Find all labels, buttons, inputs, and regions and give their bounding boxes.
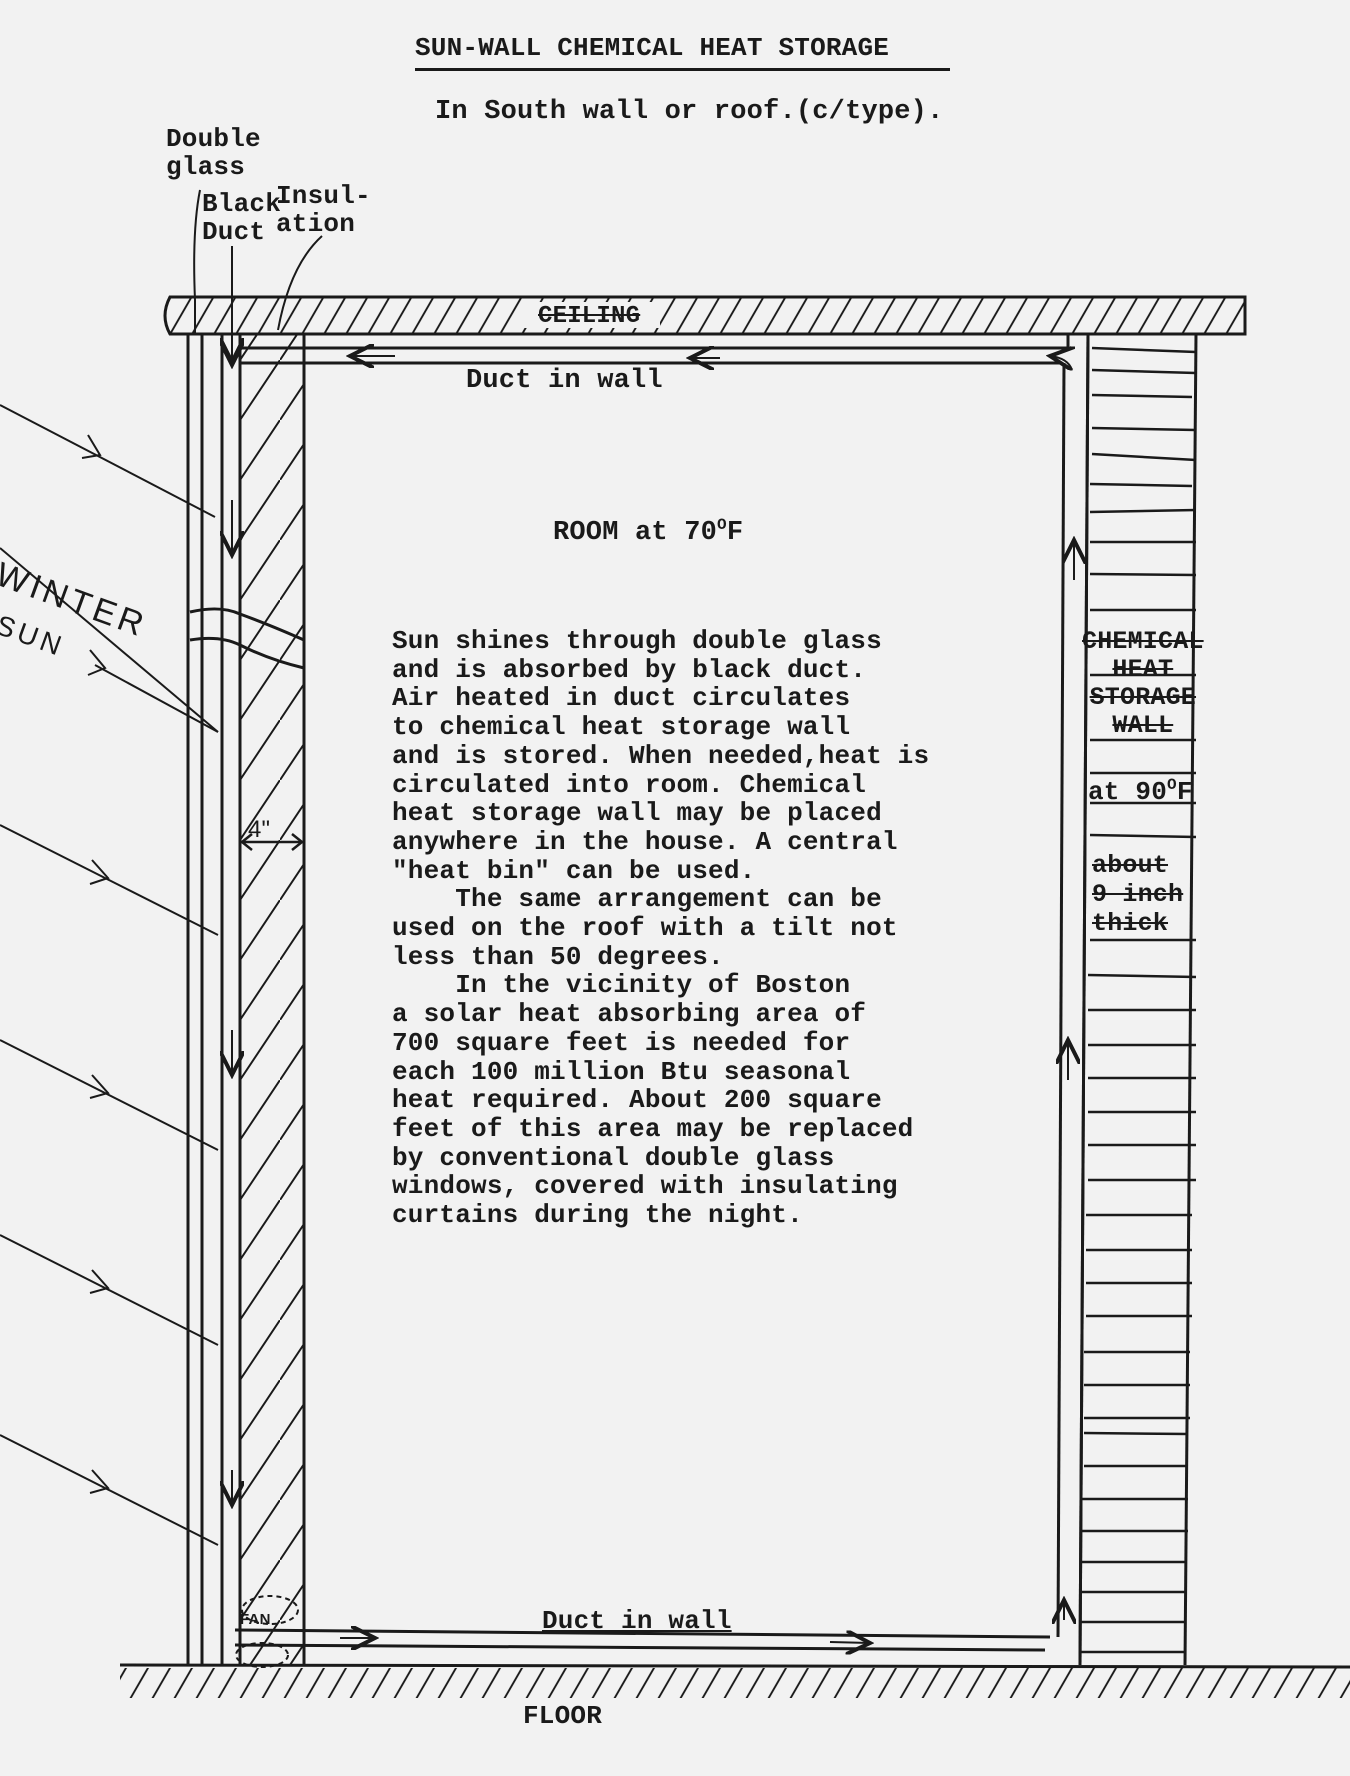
floor-slab xyxy=(120,1665,1350,1698)
title-underline xyxy=(415,68,950,71)
storage-thickness-label: about 9 inch thick xyxy=(1092,851,1183,938)
duct-top-label: Duct in wall xyxy=(466,367,663,396)
degree-symbol: O xyxy=(1167,776,1177,794)
storage-unit: F xyxy=(1177,777,1193,807)
duct-bottom-label: Duct in wall xyxy=(542,1607,732,1636)
document-subtitle: In South wall or roof.(c/type). xyxy=(435,98,943,127)
room-unit: F xyxy=(727,518,743,548)
insulation-thickness-label: 4" xyxy=(248,815,270,844)
ceiling-label: CEILING xyxy=(538,302,640,331)
room-label-text: ROOM at 70 xyxy=(553,518,717,548)
insulation xyxy=(190,334,304,1665)
insulation-label: Insul- ation xyxy=(276,182,371,238)
top-duct xyxy=(240,334,1068,363)
room-label: ROOM at 70OF xyxy=(553,511,743,548)
double-glass xyxy=(188,334,202,1665)
description-text: Sun shines through double glass and is a… xyxy=(392,627,929,1230)
heat-storage-wall xyxy=(1080,334,1196,1665)
double-glass-label: Double glass xyxy=(166,125,261,181)
black-duct-label: Black Duct xyxy=(202,190,281,246)
storage-temp-text: at 90 xyxy=(1088,777,1167,807)
degree-symbol: O xyxy=(717,516,727,534)
fan-label: FAN xyxy=(240,1605,271,1634)
document-title: SUN-WALL CHEMICAL HEAT STORAGE xyxy=(415,34,889,63)
ceiling-slab xyxy=(165,297,1245,334)
storage-temp-label: at 90OF xyxy=(1088,771,1193,807)
floor-label: FLOOR xyxy=(523,1702,602,1731)
storage-wall-label: CHEMICAL HEAT STORAGE WALL xyxy=(1082,628,1204,740)
